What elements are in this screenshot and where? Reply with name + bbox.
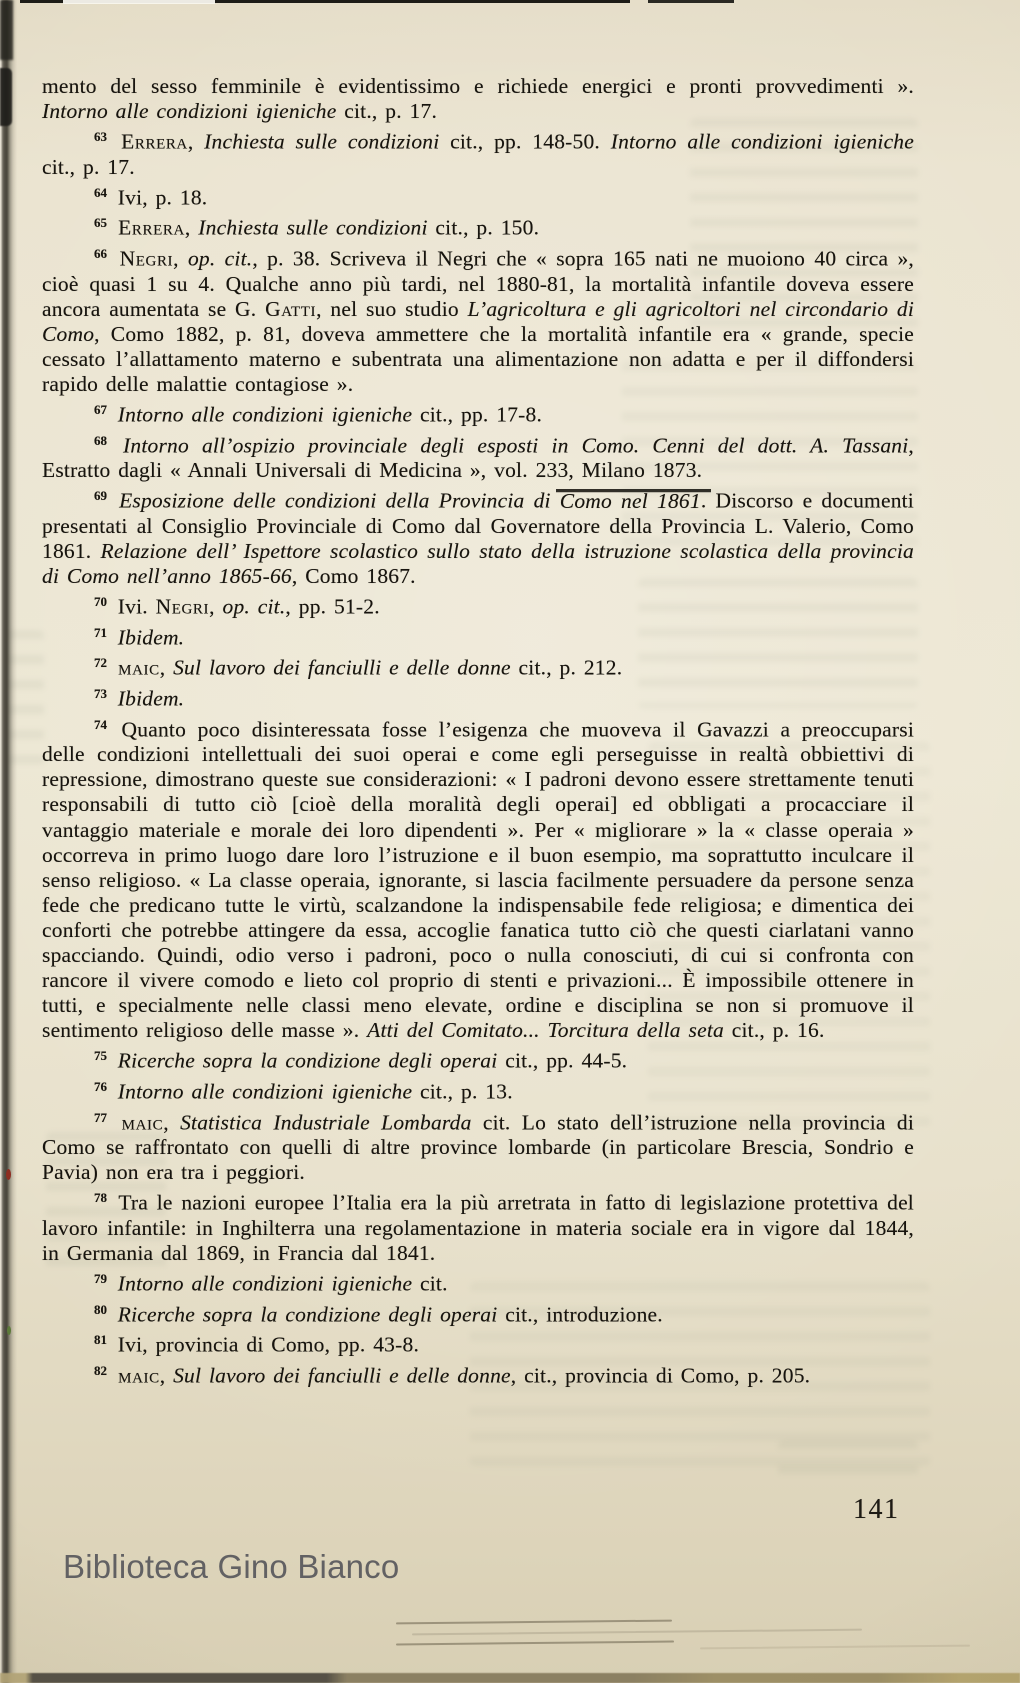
text-segment: ,: [163, 1110, 180, 1134]
text-segment: Como nel 1861: [560, 489, 701, 513]
footnote-number: 72: [94, 655, 110, 670]
pencil-mark: [412, 1629, 862, 1636]
text-segment: Intorno alle condizioni igieniche: [110, 1272, 412, 1296]
text-segment: Intorno alle condizioni igieniche: [611, 130, 914, 154]
text-segment: Relazione dell’ Ispettore scolastico sul…: [42, 539, 914, 588]
footnote-66: 66 Negri, op. cit., p. 38. Scriveva il N…: [42, 241, 914, 397]
footnote-73: 73 Ibidem.: [42, 681, 914, 712]
footnote-78: 78 Tra le nazioni europee l’Italia era l…: [42, 1185, 914, 1266]
text-segment: Sul lavoro dei fanciulli e delle donne: [173, 1363, 511, 1387]
text-segment: Sul lavoro dei fanciulli e delle donne: [173, 656, 511, 680]
red-speck: [6, 1169, 11, 1180]
footnote-number: 63: [94, 129, 110, 144]
text-segment: cit., pp. 44-5.: [497, 1049, 627, 1073]
footnote-64: 64 Ivi, p. 18.: [42, 180, 914, 211]
text-segment: cit., p. 17.: [336, 99, 437, 123]
text-segment: cit., p. 17.: [42, 155, 135, 179]
text-segment: ,: [188, 130, 204, 154]
text-segment: Atti del Comitato... Torcitura della set…: [367, 1018, 724, 1042]
text-segment: cit., p. 13.: [412, 1079, 513, 1103]
text-segment: Ivi.: [110, 595, 156, 619]
text-segment: op. cit.: [223, 595, 286, 619]
text-segment: cit.: [412, 1272, 447, 1296]
footnote-65: 65 Errera, Inchiesta sulle condizioni ci…: [42, 210, 914, 241]
text-segment: ,: [160, 656, 173, 680]
text-segment: , Como 1882, p. 81, doveva ammettere che…: [42, 322, 914, 396]
text-segment: Statistica Industriale Lombarda: [180, 1110, 472, 1134]
pencil-mark: [700, 1645, 970, 1650]
footnote-number: 66: [94, 246, 110, 261]
page-number: 141: [853, 1494, 900, 1526]
footnote-number: 74: [94, 717, 110, 732]
text-segment: Quanto poco disinteressata fosse l’esige…: [42, 717, 914, 1042]
footnote-82: 82 maic, Sul lavoro dei fanciulli e dell…: [42, 1358, 914, 1389]
text-segment: , cit., provincia di Como, p. 205.: [511, 1363, 810, 1387]
footnote-71: 71 Ibidem.: [42, 620, 914, 651]
footnote-76: 76 Intorno alle condizioni igieniche cit…: [42, 1074, 914, 1105]
text-segment: maic: [110, 1363, 160, 1387]
text-segment: Ricerche sopra la condizione degli opera…: [110, 1049, 497, 1073]
footnote-number: 68: [94, 433, 110, 448]
text-segment: Ibidem.: [110, 687, 184, 711]
text-segment: ,: [185, 216, 198, 240]
footnote-67: 67 Intorno alle condizioni igieniche cit…: [42, 397, 914, 428]
text-segment: cit., introduzione.: [497, 1302, 662, 1326]
footnote-69: 69 Esposizione delle condizioni della Pr…: [42, 483, 914, 589]
text-segment: Intorno alle condizioni igieniche: [110, 403, 412, 427]
text-segment: Intorno alle condizioni igieniche: [110, 1079, 412, 1103]
text-segment: mento del sesso femminile è evidentissim…: [42, 74, 914, 98]
footnote-70: 70 Ivi. Negri, op. cit., pp. 51-2.: [42, 589, 914, 620]
pencil-mark: [396, 1620, 672, 1625]
text-segment: Gatti: [265, 297, 316, 321]
text-segment: cit., p. 212.: [511, 656, 623, 680]
footnote-68: 68 Intorno all’ospizio provinciale degli…: [42, 428, 914, 484]
text-segment: Ibidem.: [110, 625, 184, 649]
text-segment: Negri: [110, 247, 173, 271]
text-segment: Tra le nazioni europee l’Italia era la p…: [42, 1191, 914, 1265]
text-segment: ,: [173, 247, 188, 271]
green-speck: [7, 1326, 11, 1335]
body-continuation: mento del sesso femminile è evidentissim…: [42, 74, 914, 124]
text-segment: Ivi, provincia di Como, pp. 43-8.: [110, 1333, 419, 1357]
scan-edge-blot: [0, 0, 13, 60]
footnote-number: 75: [94, 1048, 110, 1063]
text-segment: Errera: [110, 216, 185, 240]
scan-edge-shadow: [0, 0, 17, 1683]
footnote-number: 71: [94, 625, 110, 640]
text-segment: cit., p. 16.: [724, 1018, 825, 1042]
text-segment: , nel suo studio: [316, 297, 468, 321]
bleedthrough-smudge: [778, 1440, 918, 1478]
footnote-74: 74 Quanto poco disinteressata fosse l’es…: [42, 712, 914, 1044]
footnote-number: 73: [94, 686, 110, 701]
footnote-number: 70: [94, 594, 110, 609]
text-segment: cit., p. 150.: [428, 216, 540, 240]
text-segment: ,: [209, 595, 222, 619]
text-segment: Intorno alle condizioni igieniche: [42, 99, 336, 123]
footnote-number: 67: [94, 402, 110, 417]
footnote-number: 78: [94, 1190, 110, 1205]
text-segment: Inchiesta sulle condizioni: [198, 216, 427, 240]
scan-top-line: [648, 0, 734, 3]
text-segment: Intorno all’ospizio provinciale degli es…: [110, 433, 908, 457]
footnote-number: 79: [94, 1271, 110, 1286]
footnote-number: 69: [94, 488, 110, 503]
footnote-77: 77 maic, Statistica Industriale Lombarda…: [42, 1105, 914, 1186]
text-segment: maic: [110, 1110, 163, 1134]
text-segment: , pp. 51-2.: [285, 595, 379, 619]
text-segment: Errera: [110, 130, 188, 154]
footnote-79: 79 Intorno alle condizioni igieniche cit…: [42, 1266, 914, 1297]
text-segment: cit., pp. 148-50.: [439, 130, 610, 154]
scan-bottom-edge: [0, 1673, 1020, 1683]
footnote-number: 82: [94, 1363, 110, 1378]
text-segment: op. cit.: [188, 247, 252, 271]
footnote-72: 72 maic, Sul lavoro dei fanciulli e dell…: [42, 650, 914, 681]
footnote-number: 65: [94, 215, 110, 230]
scan-edge-blot: [0, 68, 12, 126]
footnotes-text-block: mento del sesso femminile è evidentissim…: [42, 74, 914, 1389]
text-segment: maic: [110, 656, 160, 680]
scan-top-gap: [63, 0, 215, 4]
pencil-mark: [396, 1641, 674, 1646]
footnote-63: 63 Errera, Inchiesta sulle condizioni ci…: [42, 124, 914, 180]
text-segment: Esposizione delle condizioni della Provi…: [110, 489, 560, 513]
book-page: mento del sesso femminile è evidentissim…: [0, 0, 1020, 1683]
text-segment: ,: [160, 1363, 173, 1387]
footnote-81: 81 Ivi, provincia di Como, pp. 43-8.: [42, 1327, 914, 1358]
footnote-number: 76: [94, 1079, 110, 1094]
footnote-number: 77: [94, 1110, 110, 1125]
text-segment: Negri: [156, 595, 210, 619]
footnote-80: 80 Ricerche sopra la condizione degli op…: [42, 1297, 914, 1328]
text-segment: cit., pp. 17-8.: [412, 403, 542, 427]
footnote-75: 75 Ricerche sopra la condizione degli op…: [42, 1043, 914, 1074]
text-segment: , Como 1867.: [292, 564, 416, 588]
library-stamp: Biblioteca Gino Bianco: [63, 1548, 399, 1586]
text-segment: Ivi, p. 18.: [110, 185, 207, 209]
text-segment: Ricerche sopra la condizione degli opera…: [110, 1302, 497, 1326]
footnote-number: 80: [94, 1302, 110, 1317]
text-segment: Inchiesta sulle condizioni: [204, 130, 439, 154]
footnote-number: 81: [94, 1332, 110, 1347]
footnote-number: 64: [94, 185, 110, 200]
